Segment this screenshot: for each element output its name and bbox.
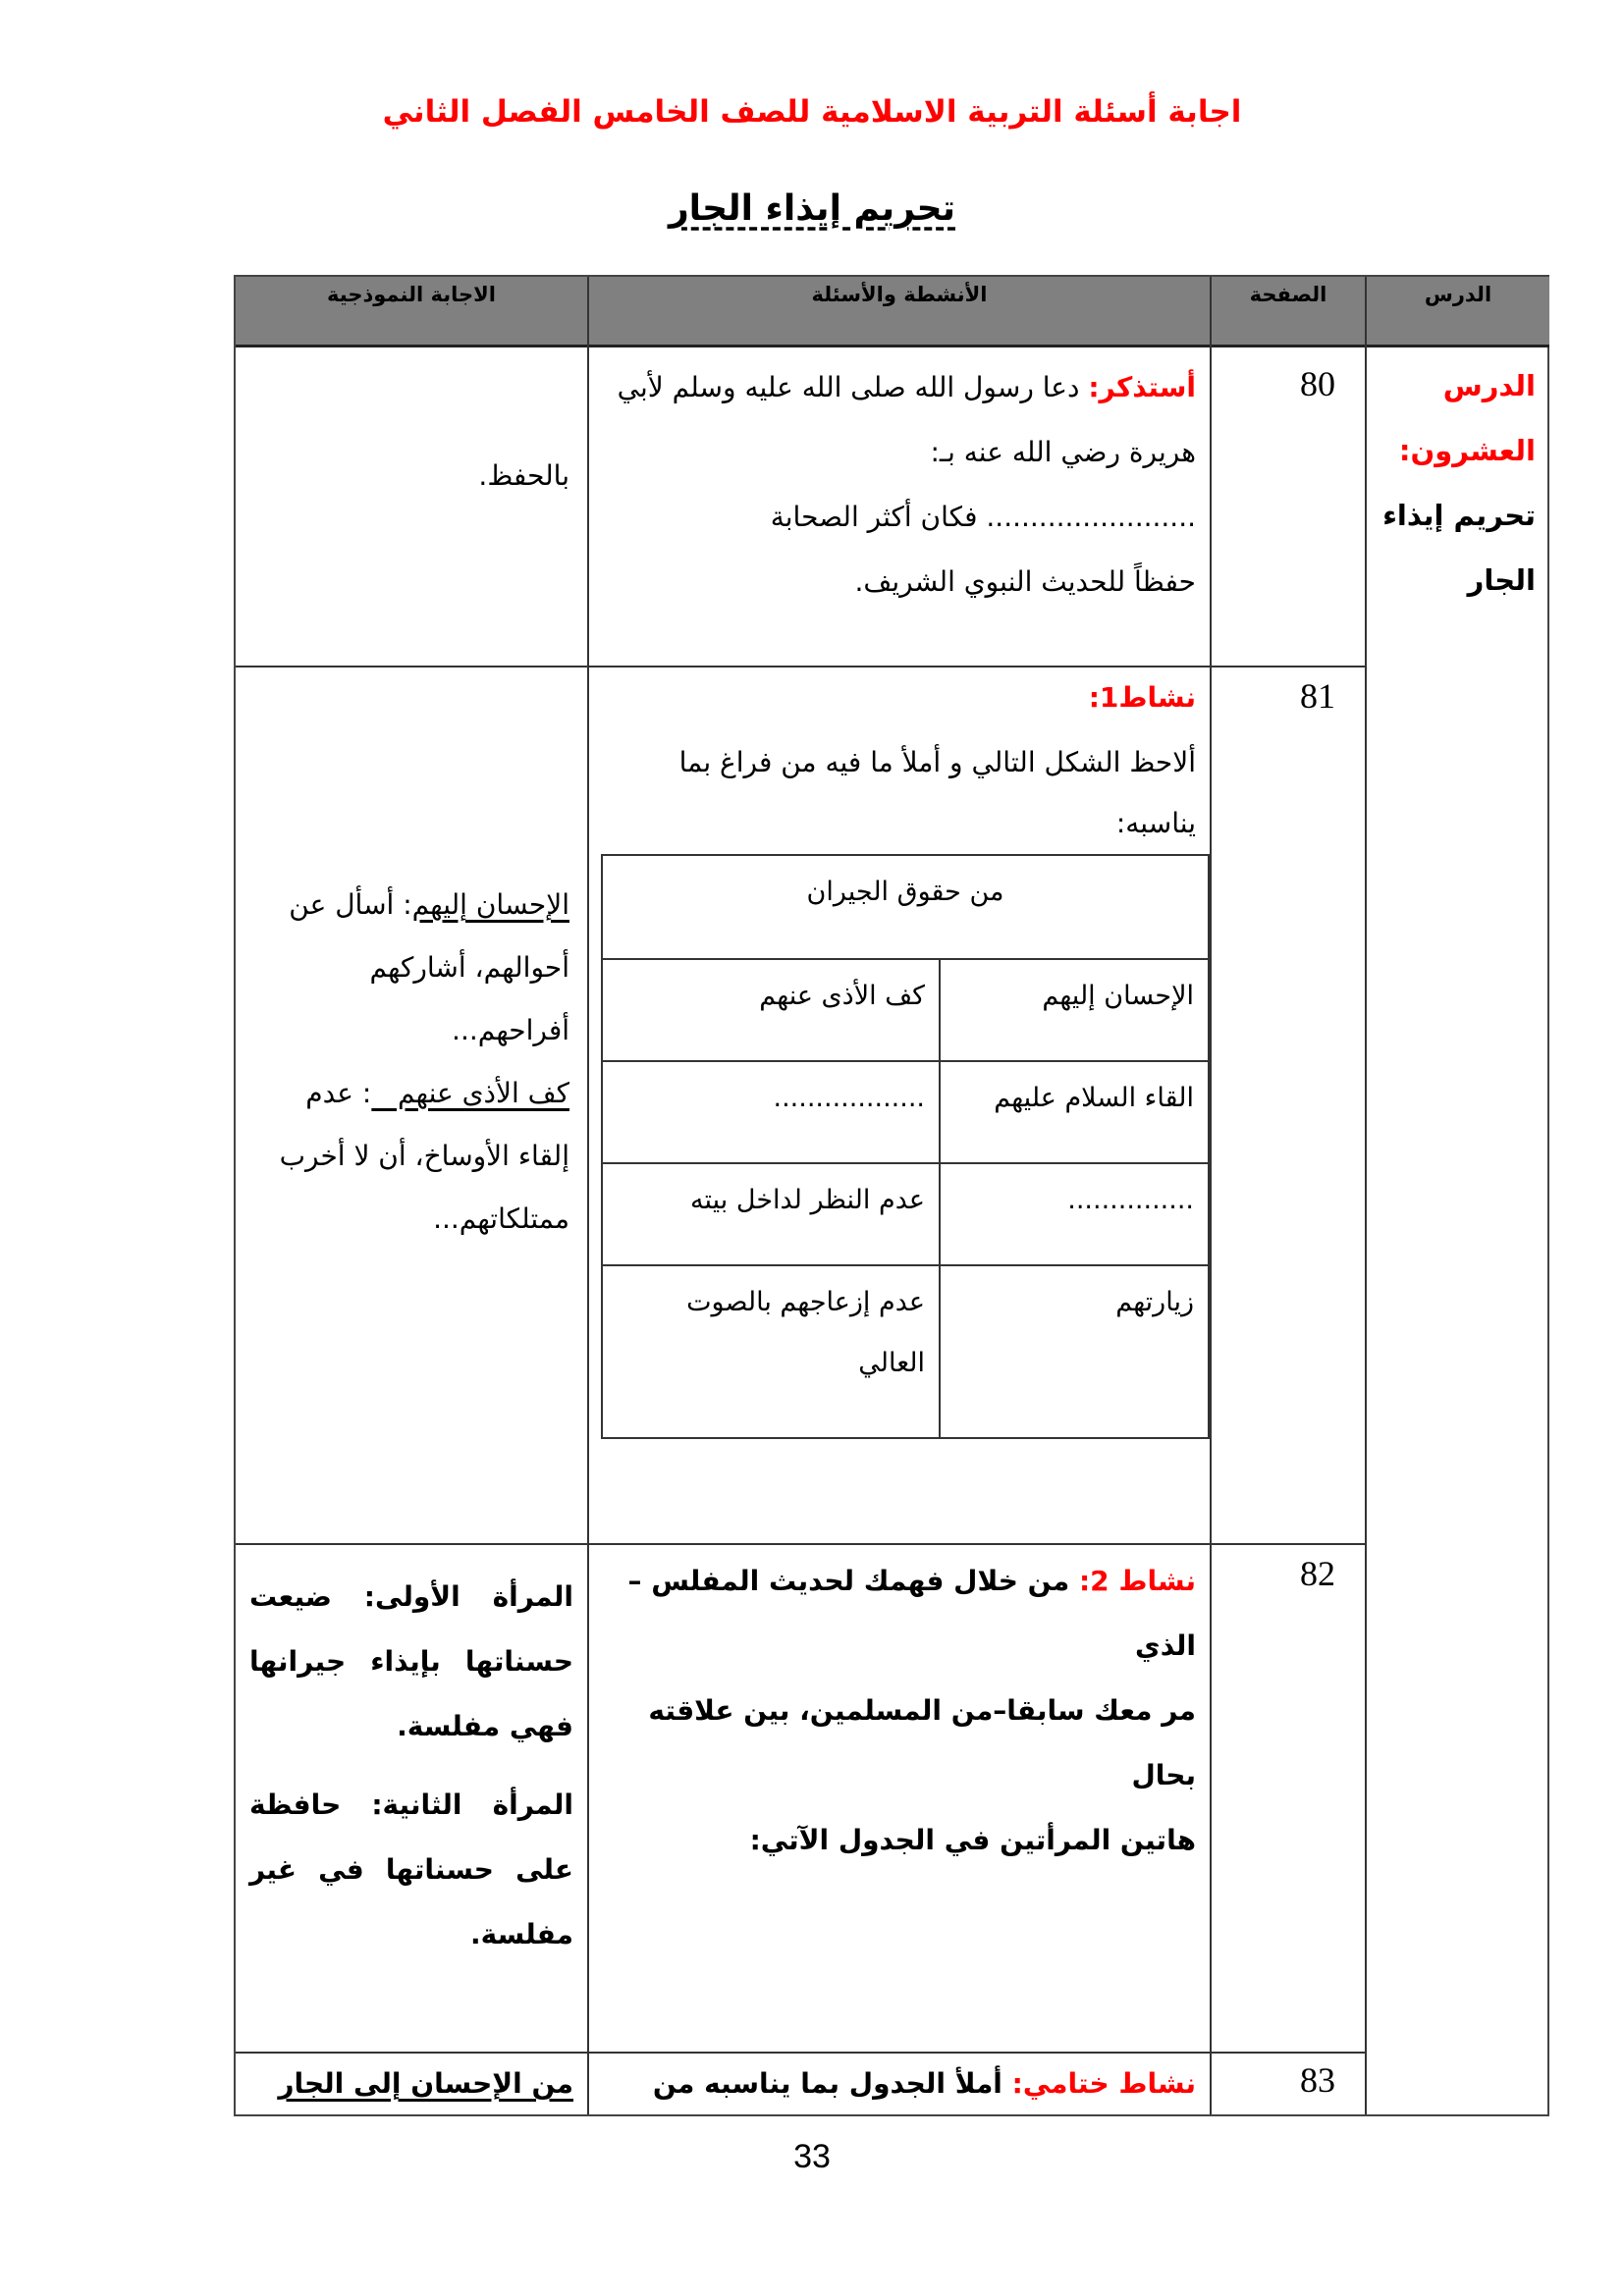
activity-line: دعا رسول الله صلى الله عليه وسلم لأبي: [618, 371, 1080, 403]
lesson-table: الاجابة النموذجية الأنشطة والأسئلة الصفح…: [234, 275, 1549, 2116]
answer-woman-1: المرأة الأولى: ضيعت حسناتها بإيذاء جيران…: [249, 1565, 573, 1759]
answer-row-83: من الإحسان إلى الجار: [240, 2052, 583, 2116]
row-divider: [236, 1543, 1365, 1545]
answer-row-82: المرأة الأولى: ضيعت حسناتها بإيذاء جيران…: [240, 1565, 583, 1967]
inner-header-no-harm: كف الأذى عنهم: [603, 960, 939, 1027]
inner-cell: عدم النظر لداخل بيته: [603, 1164, 939, 1231]
activity-2: نشاط 2: من خلال فهمك لحديث المفلس –الذي …: [591, 1549, 1206, 1873]
lesson-number: العشرون:: [1369, 418, 1536, 483]
lesson-name-line2: الجار: [1369, 548, 1536, 613]
header-activities: الأنشطة والأسئلة: [589, 277, 1210, 347]
activity-line: مر معك سابقا–من المسلمين، بين علاقته بحا…: [591, 1679, 1196, 1808]
inner-header-kindness: الإحسان إليهم: [941, 960, 1208, 1027]
activity-label: نشاط 2:: [1079, 1565, 1196, 1597]
page-number: 33: [0, 2138, 1624, 2176]
activity-closing: نشاط ختامي: أملأ الجدول بما يناسبه من: [591, 2052, 1206, 2116]
page-number-81: 81: [1212, 675, 1365, 717]
activity-label: نشاط ختامي:: [1012, 2067, 1196, 2100]
activity-line: هريرة رضي الله عنه بـ:: [591, 420, 1196, 485]
inner-table-title: من حقوق الجيران: [603, 856, 1208, 958]
lesson-label: الدرس: [1369, 353, 1536, 418]
column-divider: [587, 277, 589, 2114]
answer-kindness-label: الإحسان إليهم: [412, 888, 569, 921]
lesson-heading: تحريم إيذاء الجار: [0, 188, 1624, 229]
answer-woman-2: المرأة الثانية: حافظة على حسناتها في غير…: [249, 1773, 573, 1967]
answer-row-81: الإحسان إليهم: أسأل عن أحوالهم، أشاركهم …: [240, 874, 583, 1251]
activity-1: نشاط1: ألاحظ الشكل التالي و أملأ ما فيه …: [591, 666, 1206, 852]
activity-line: ألاحظ الشكل التالي و أملأ ما فيه من فراغ…: [591, 730, 1196, 795]
column-divider: [1365, 277, 1367, 2114]
neighbor-rights-table: من حقوق الجيران الإحسان إليهم كف الأذى ع…: [601, 854, 1210, 1439]
inner-cell: القاء السلام عليهم: [941, 1062, 1208, 1129]
lesson-cell: الدرس العشرون: تحريم إيذاء الجار: [1369, 353, 1545, 613]
activity-line: أملأ الجدول بما يناسبه من: [653, 2067, 1002, 2100]
activity-line: حفظاً للحديث النبوي الشريف.: [591, 550, 1196, 614]
header-model-answer: الاجابة النموذجية: [236, 277, 587, 347]
page-number-82: 82: [1212, 1553, 1365, 1594]
page-number-83: 83: [1212, 2059, 1365, 2101]
activity-line: يناسبه:: [591, 795, 1196, 852]
page-number-80: 80: [1212, 363, 1365, 404]
column-divider: [1210, 277, 1212, 2114]
answer-no-harm-label: كف الأذى عنهم: [371, 1077, 569, 1109]
inner-cell: زيارتهم: [941, 1266, 1208, 1333]
activity-label: أستذكر:: [1088, 371, 1196, 403]
answer-row-80: بالحفظ.: [240, 444, 583, 508]
header-page: الصفحة: [1212, 277, 1365, 347]
activity-line: ........................ فكان أكثر الصحا…: [591, 485, 1196, 550]
inner-blank-cell: ...............: [941, 1164, 1208, 1231]
answer-kindness-to-neighbor: من الإحسان إلى الجار: [278, 2067, 573, 2100]
inner-cell: عدم إزعاجهم بالصوت العالي: [603, 1266, 939, 1394]
activity-remember: أستذكر: دعا رسول الله صلى الله عليه وسلم…: [591, 355, 1206, 614]
activity-line: هاتين المرأتين في الجدول الآتي:: [591, 1808, 1196, 1873]
lesson-name-line1: تحريم إيذاء: [1369, 483, 1536, 548]
document-title: اجابة أسئلة التربية الاسلامية للصف الخام…: [0, 94, 1624, 130]
inner-blank-cell: ..................: [603, 1062, 939, 1129]
activity-label: نشاط1:: [591, 666, 1196, 730]
header-lesson: الدرس: [1367, 277, 1549, 347]
